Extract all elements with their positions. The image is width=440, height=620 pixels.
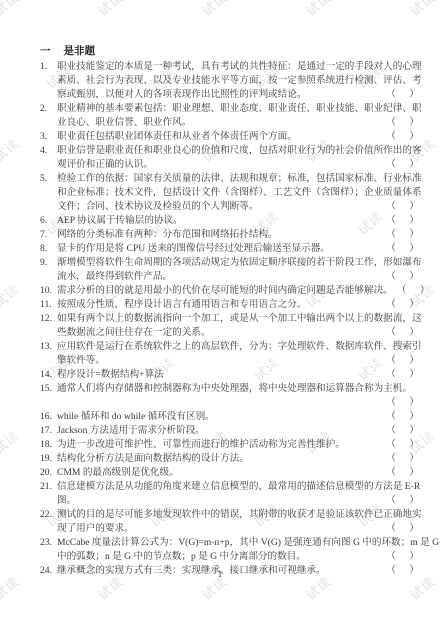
answer-blank: （ ） [382,200,421,214]
question-12: 12.如果有两个以上的数据流指向一个加工，或是从一个加工中输出两个以上的数据流，… [40,312,421,340]
question-indent [40,270,57,284]
question-text: 显卡的作用是将 CPU 送来的图像信号经过处理后输送至显示器。 [57,242,330,256]
question-text: 职业信誉是职业责任和职业良心的价值和尺度，包括对职业行为的社会价值所作出的客 [57,144,422,158]
question-text: 素质、社会行为表现、以及专业技能水平等方面，按一定参照系统进行检测、评估、考 [57,74,422,88]
question-text: 检验工作的依据：国家有关质量的法律、法规和规章；标准，包括国家标准、行业标准 [57,172,422,186]
question-text: 观评价和正确的认识。 [57,158,153,172]
answer-blank: （ ） [382,494,421,508]
watermark-text: 试读 [405,0,439,20]
question-6: 6.AEP 协议属于传输层的协议。（ ） [40,214,421,228]
question-8: 8.显卡的作用是将 CPU 送来的图像信号经过处理后输送至显示器。（ ） [40,242,421,256]
watermark-text: 试读 [0,425,23,458]
answer-blank: （ ） [382,410,421,424]
answer-blank: （ ） [382,452,421,466]
question-21: 21.信息建模方法是从功能的角度来建立信息模型的，最常用的描述信息模型的方法是 … [40,480,421,508]
answer-blank: （ ） [382,116,421,130]
question-number: 8. [40,242,57,256]
answer-blank: （ ） [382,298,421,312]
question-list: 1.职业技能鉴定的本质是一种考试，具有考试的共性特征：是通过一定的手段对人的心理… [40,60,421,578]
question-indent [40,522,57,536]
question-number: 7. [40,228,57,242]
watermark-text: 试读 [0,279,23,312]
question-indent [40,116,57,130]
answer-blank: （ ） [382,466,421,480]
question-3: 3.职业责任包括职业团体责任和从业者个体责任两个方面。（ ） [40,130,421,144]
question-text: 需求分析的目的就是用最小的代价在尽可能短的时间内确定问题是否能够解决。 [57,284,393,298]
answer-blank: （ ） [393,284,432,298]
answer-blank: （ ） [382,228,421,242]
question-number: 22. [40,508,57,522]
question-text: 渐增模型将软件生命周期的各项活动规定为依固定顺序联接的若干阶段工作，形如瀑布 [57,256,422,270]
question-indent [40,200,57,214]
section-title: 一 是非题 [40,44,421,59]
question-text: 测试的目的是尽可能多地发现软件中的错误，其附带的收获才是验证该软件已正确地实 [57,508,422,522]
question-text: 擎软件等。 [57,354,105,368]
answer-blank: （ ） [382,522,421,536]
question-number: 15. [40,382,57,396]
answer-blank: （ ） [382,326,421,340]
question-number: 9. [40,256,57,270]
watermark-text: 试读 [197,0,231,20]
question-text: 按照成分性质，程序设计语言有通用语言和专用语言之分。 [57,298,306,312]
watermark-text: 试读 [0,133,23,166]
question-4: 4.职业信誉是职业责任和职业良心的价值和尺度，包括对职业行为的社会价值所作出的客… [40,144,421,172]
question-5: 5.检验工作的依据：国家有关质量的法律、法规和规章；标准，包括国家标准、行业标准… [40,172,421,214]
question-text: 网络的分类标准有两种：分布范围和网络拓扑结构。 [57,228,278,242]
question-number: 13. [40,340,57,354]
question-number: 5. [40,172,57,186]
answer-blank: （ ） [382,550,421,564]
question-indent [40,550,57,564]
question-text: while 循环和 do while 循环没有区别。 [57,410,215,424]
question-text: 中的弧数；n 是 G 中的节点数；p 是 G 中分离部分的数目。 [57,550,306,564]
answer-blank: （ ） [382,396,421,410]
question-text: CMM 的最高级别是优化级。 [57,466,179,480]
question-23: 23.McCabe 度量法计算公式为：V(G)=m-n+p，其中 V(G) 是强… [40,536,421,564]
question-18: 18.为进一步改进可维护性、可靠性而进行的维护活动称为完善性维护。（ ） [40,438,421,452]
question-text: 应用软件是运行在系统软件之上的高层软件，分为：字处理软件、数据库软件、搜索引 [57,340,422,354]
question-11: 11.按照成分性质，程序设计语言有通用语言和专用语言之分。（ ） [40,298,421,312]
question-number: 3. [40,130,57,144]
question-text: 些数据流之间往往存在一定的关系。 [57,326,211,340]
question-text: 通常人们将内存储器和控制器称为中央处理器，将中央处理器和运算器合称为主机。 [57,382,412,396]
question-text: McCabe 度量法计算公式为：V(G)=m-n+p，其中 V(G) 是强连通有… [57,536,439,550]
page-number: 1 [0,570,440,580]
question-9: 9.渐增模型将软件生命周期的各项活动规定为依固定顺序联接的若干阶段工作，形如瀑布… [40,256,421,284]
question-indent [40,326,57,340]
answer-blank: （ ） [382,270,421,284]
answer-blank: （ ） [382,214,421,228]
document-content: 一 是非题 1.职业技能鉴定的本质是一种考试，具有考试的共性特征：是通过一定的手… [40,44,421,578]
question-indent [40,74,57,88]
question-number: 21. [40,480,57,494]
question-number: 14. [40,368,57,382]
question-text: 和企业标准；技术文件，包括设计文件（含图样）、工艺文件（含图样）；企业质量体系 [57,186,422,200]
watermark-text: 试读 [301,0,335,20]
document-page: 试读试读试读试读试读试读试读试读试读试读试读试读试读试读试读试读试读试读试读试读… [0,0,440,620]
question-number: 4. [40,144,57,158]
question-number: 19. [40,452,57,466]
answer-blank: （ ） [382,424,421,438]
question-1: 1.职业技能鉴定的本质是一种考试，具有考试的共性特征：是通过一定的手段对人的心理… [40,60,421,102]
answer-blank: （ ） [382,354,421,368]
question-number: 20. [40,466,57,480]
watermark-text: 试读 [0,0,23,20]
question-20: 20.CMM 的最高级别是优化级。（ ） [40,466,421,480]
question-text: 职业精神的基本要素包括：职业理想、职业态度、职业责任、职业技能、职业纪律、职 [57,102,422,116]
question-text: 结构化分析方法是面向数据结构的设计方法。 [57,452,249,466]
question-19: 19.结构化分析方法是面向数据结构的设计方法。（ ） [40,452,421,466]
question-text: AEP 协议属于传输层的协议。 [57,214,183,228]
question-22: 22.测试的目的是尽可能多地发现软件中的错误，其附带的收获才是验证该软件已正确地… [40,508,421,536]
question-text: 职业技能鉴定的本质是一种考试，具有考试的共性特征：是通过一定的手段对人的心理 [57,60,422,74]
question-text: 如果有两个以上的数据流指向一个加工，或是从一个加工中输出两个以上的数据流，这 [57,312,422,326]
question-10: 10.需求分析的目的就是用最小的代价在尽可能短的时间内确定问题是否能够解决。（ … [40,284,421,298]
question-2: 2.职业精神的基本要素包括：职业理想、职业态度、职业责任、职业技能、职业纪律、职… [40,102,421,130]
question-text: 现了用户的要求。 [57,522,134,536]
question-text: 信息建模方法是从功能的角度来建立信息模型的，最常用的描述信息模型的方法是 E-R [57,480,420,494]
question-indent [40,494,57,508]
question-indent [40,158,57,172]
question-14: 14.程序设计=数据结构+算法（ ） [40,368,421,382]
answer-blank: （ ） [382,242,421,256]
question-13: 13.应用软件是运行在系统软件之上的高层软件，分为：字处理软件、数据库软件、搜索… [40,340,421,368]
answer-blank: （ ） [382,438,421,452]
question-text: 职业责任包括职业团体责任和从业者个体责任两个方面。 [57,130,297,144]
question-number: 16. [40,410,57,424]
question-number: 12. [40,312,57,326]
question-indent [40,354,57,368]
question-number: 17. [40,424,57,438]
question-number: 1. [40,60,57,74]
question-text: 流水，最终得到软件产品。 [57,270,172,284]
question-15: 15.通常人们将内存储器和控制器称为中央处理器，将中央处理器和运算器合称为主机。… [40,382,421,410]
answer-blank: （ ） [382,158,421,172]
question-number: 2. [40,102,57,116]
question-text: 业良心、职业信誉、职业作风。 [57,116,191,130]
question-number: 6. [40,214,57,228]
question-text: 图。 [57,494,76,508]
question-indent [40,88,57,102]
question-17: 17.Jackson 方法适用于需求分析阶段。（ ） [40,424,421,438]
answer-blank: （ ） [382,88,421,102]
question-text: 为进一步改进可维护性、可靠性而进行的维护活动称为完善性维护。 [57,438,345,452]
question-number: 10. [40,284,57,298]
question-indent [40,186,57,200]
question-number: 11. [40,298,57,312]
question-text: 文件；合同、技术协议及检验员的个人判断等。 [57,200,258,214]
watermark-text: 试读 [93,0,127,20]
section-title-label: 是非题 [64,44,96,59]
question-text: 程序设计=数据结构+算法 [57,368,164,382]
question-text: Jackson 方法适用于需求分析阶段。 [57,424,205,438]
question-16: 16.while 循环和 do while 循环没有区别。（ ） [40,410,421,424]
question-7: 7.网络的分类标准有两种：分布范围和网络拓扑结构。（ ） [40,228,421,242]
question-number: 18. [40,438,57,452]
answer-blank: （ ） [382,130,421,144]
answer-blank: （ ） [382,368,421,382]
question-number: 23. [40,536,57,550]
question-text: 察或甄别，以便对人的各项表现作出比照性的评判或结论。 [57,88,306,102]
section-number: 一 [40,44,51,59]
